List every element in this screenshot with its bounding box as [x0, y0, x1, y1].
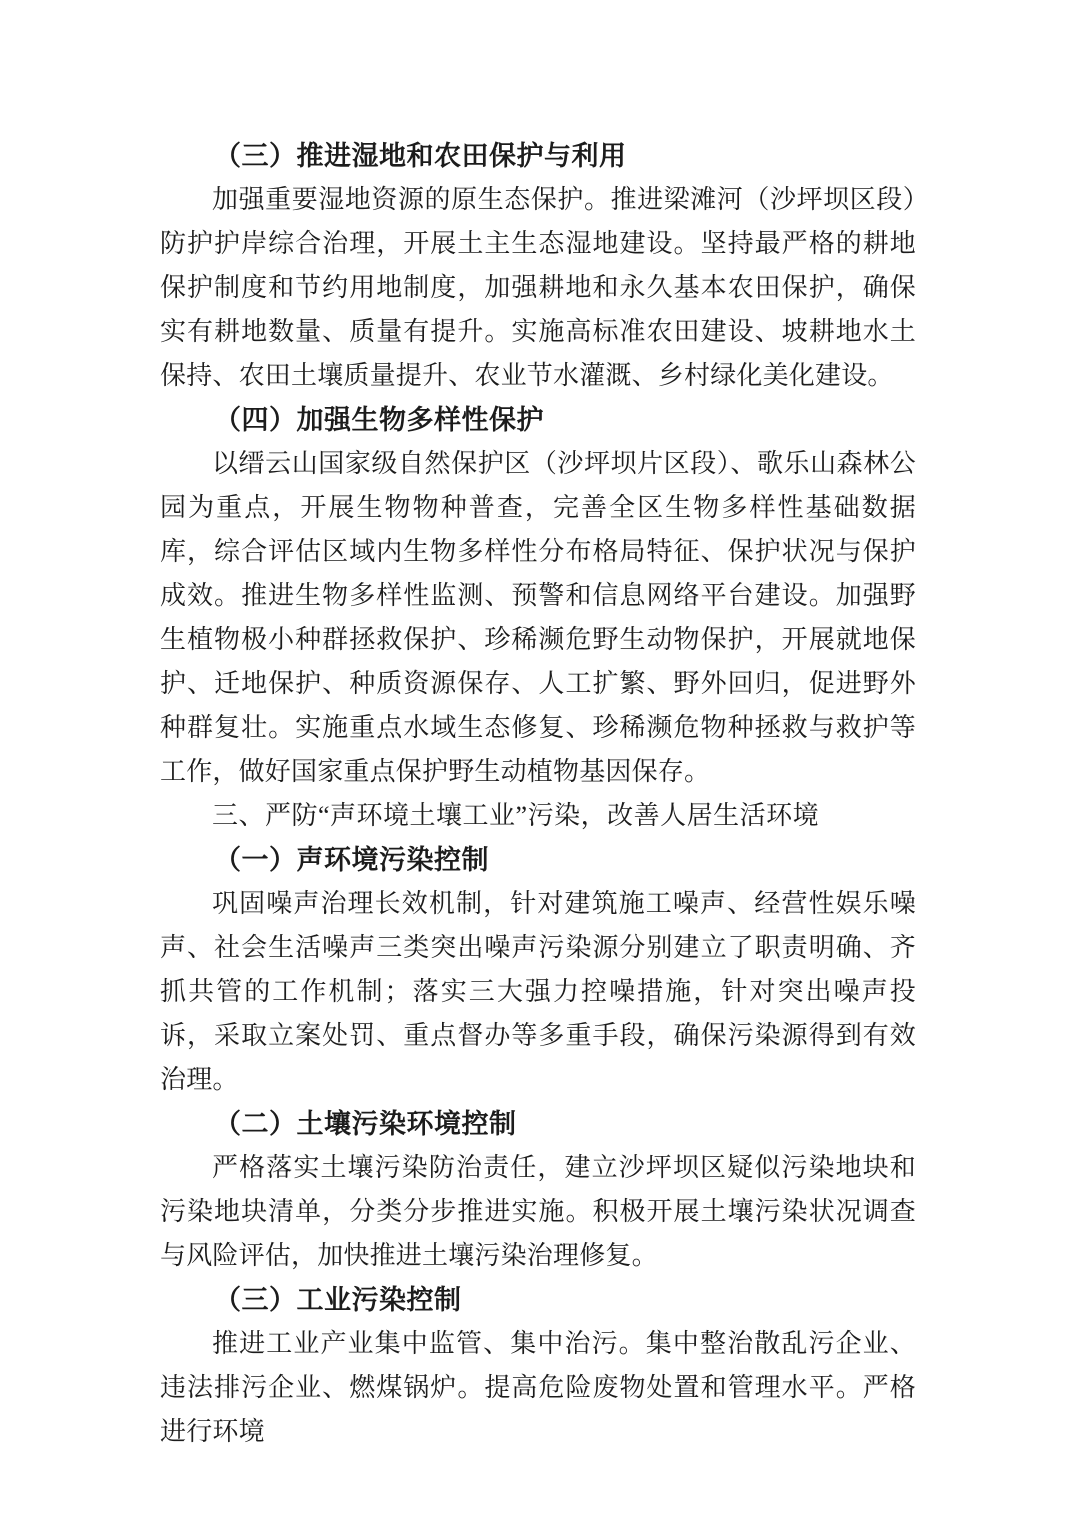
document-content: （三）推进湿地和农田保护与利用加强重要湿地资源的原生态保护。推进梁滩河（沙坪坝区…: [160, 134, 916, 1454]
body-paragraph: 严格落实土壤污染防治责任，建立沙坪坝区疑似污染地块和污染地块清单，分类分步推进实…: [160, 1146, 916, 1278]
section-heading-level-2: （三）工业污染控制: [160, 1278, 916, 1322]
body-paragraph: 以缙云山国家级自然保护区（沙坪坝片区段）、歌乐山森林公园为重点，开展生物物种普查…: [160, 442, 916, 794]
section-heading-level-2: （一）声环境污染控制: [160, 838, 916, 882]
body-paragraph: 加强重要湿地资源的原生态保护。推进梁滩河（沙坪坝区段）防护护岸综合治理，开展土主…: [160, 178, 916, 398]
section-heading-level-2: （二）土壤污染环境控制: [160, 1102, 916, 1146]
body-paragraph: 巩固噪声治理长效机制，针对建筑施工噪声、经营性娱乐噪声、社会生活噪声三类突出噪声…: [160, 882, 916, 1102]
section-heading-level-1: 三、严防“声环境土壤工业”污染，改善人居生活环境: [160, 794, 916, 838]
body-paragraph: 推进工业产业集中监管、集中治污。集中整治散乱污企业、违法排污企业、燃煤锅炉。提高…: [160, 1322, 916, 1454]
section-heading-level-2: （四）加强生物多样性保护: [160, 398, 916, 442]
section-heading-level-2: （三）推进湿地和农田保护与利用: [160, 134, 916, 178]
document-page: （三）推进湿地和农田保护与利用加强重要湿地资源的原生态保护。推进梁滩河（沙坪坝区…: [0, 0, 1074, 1520]
